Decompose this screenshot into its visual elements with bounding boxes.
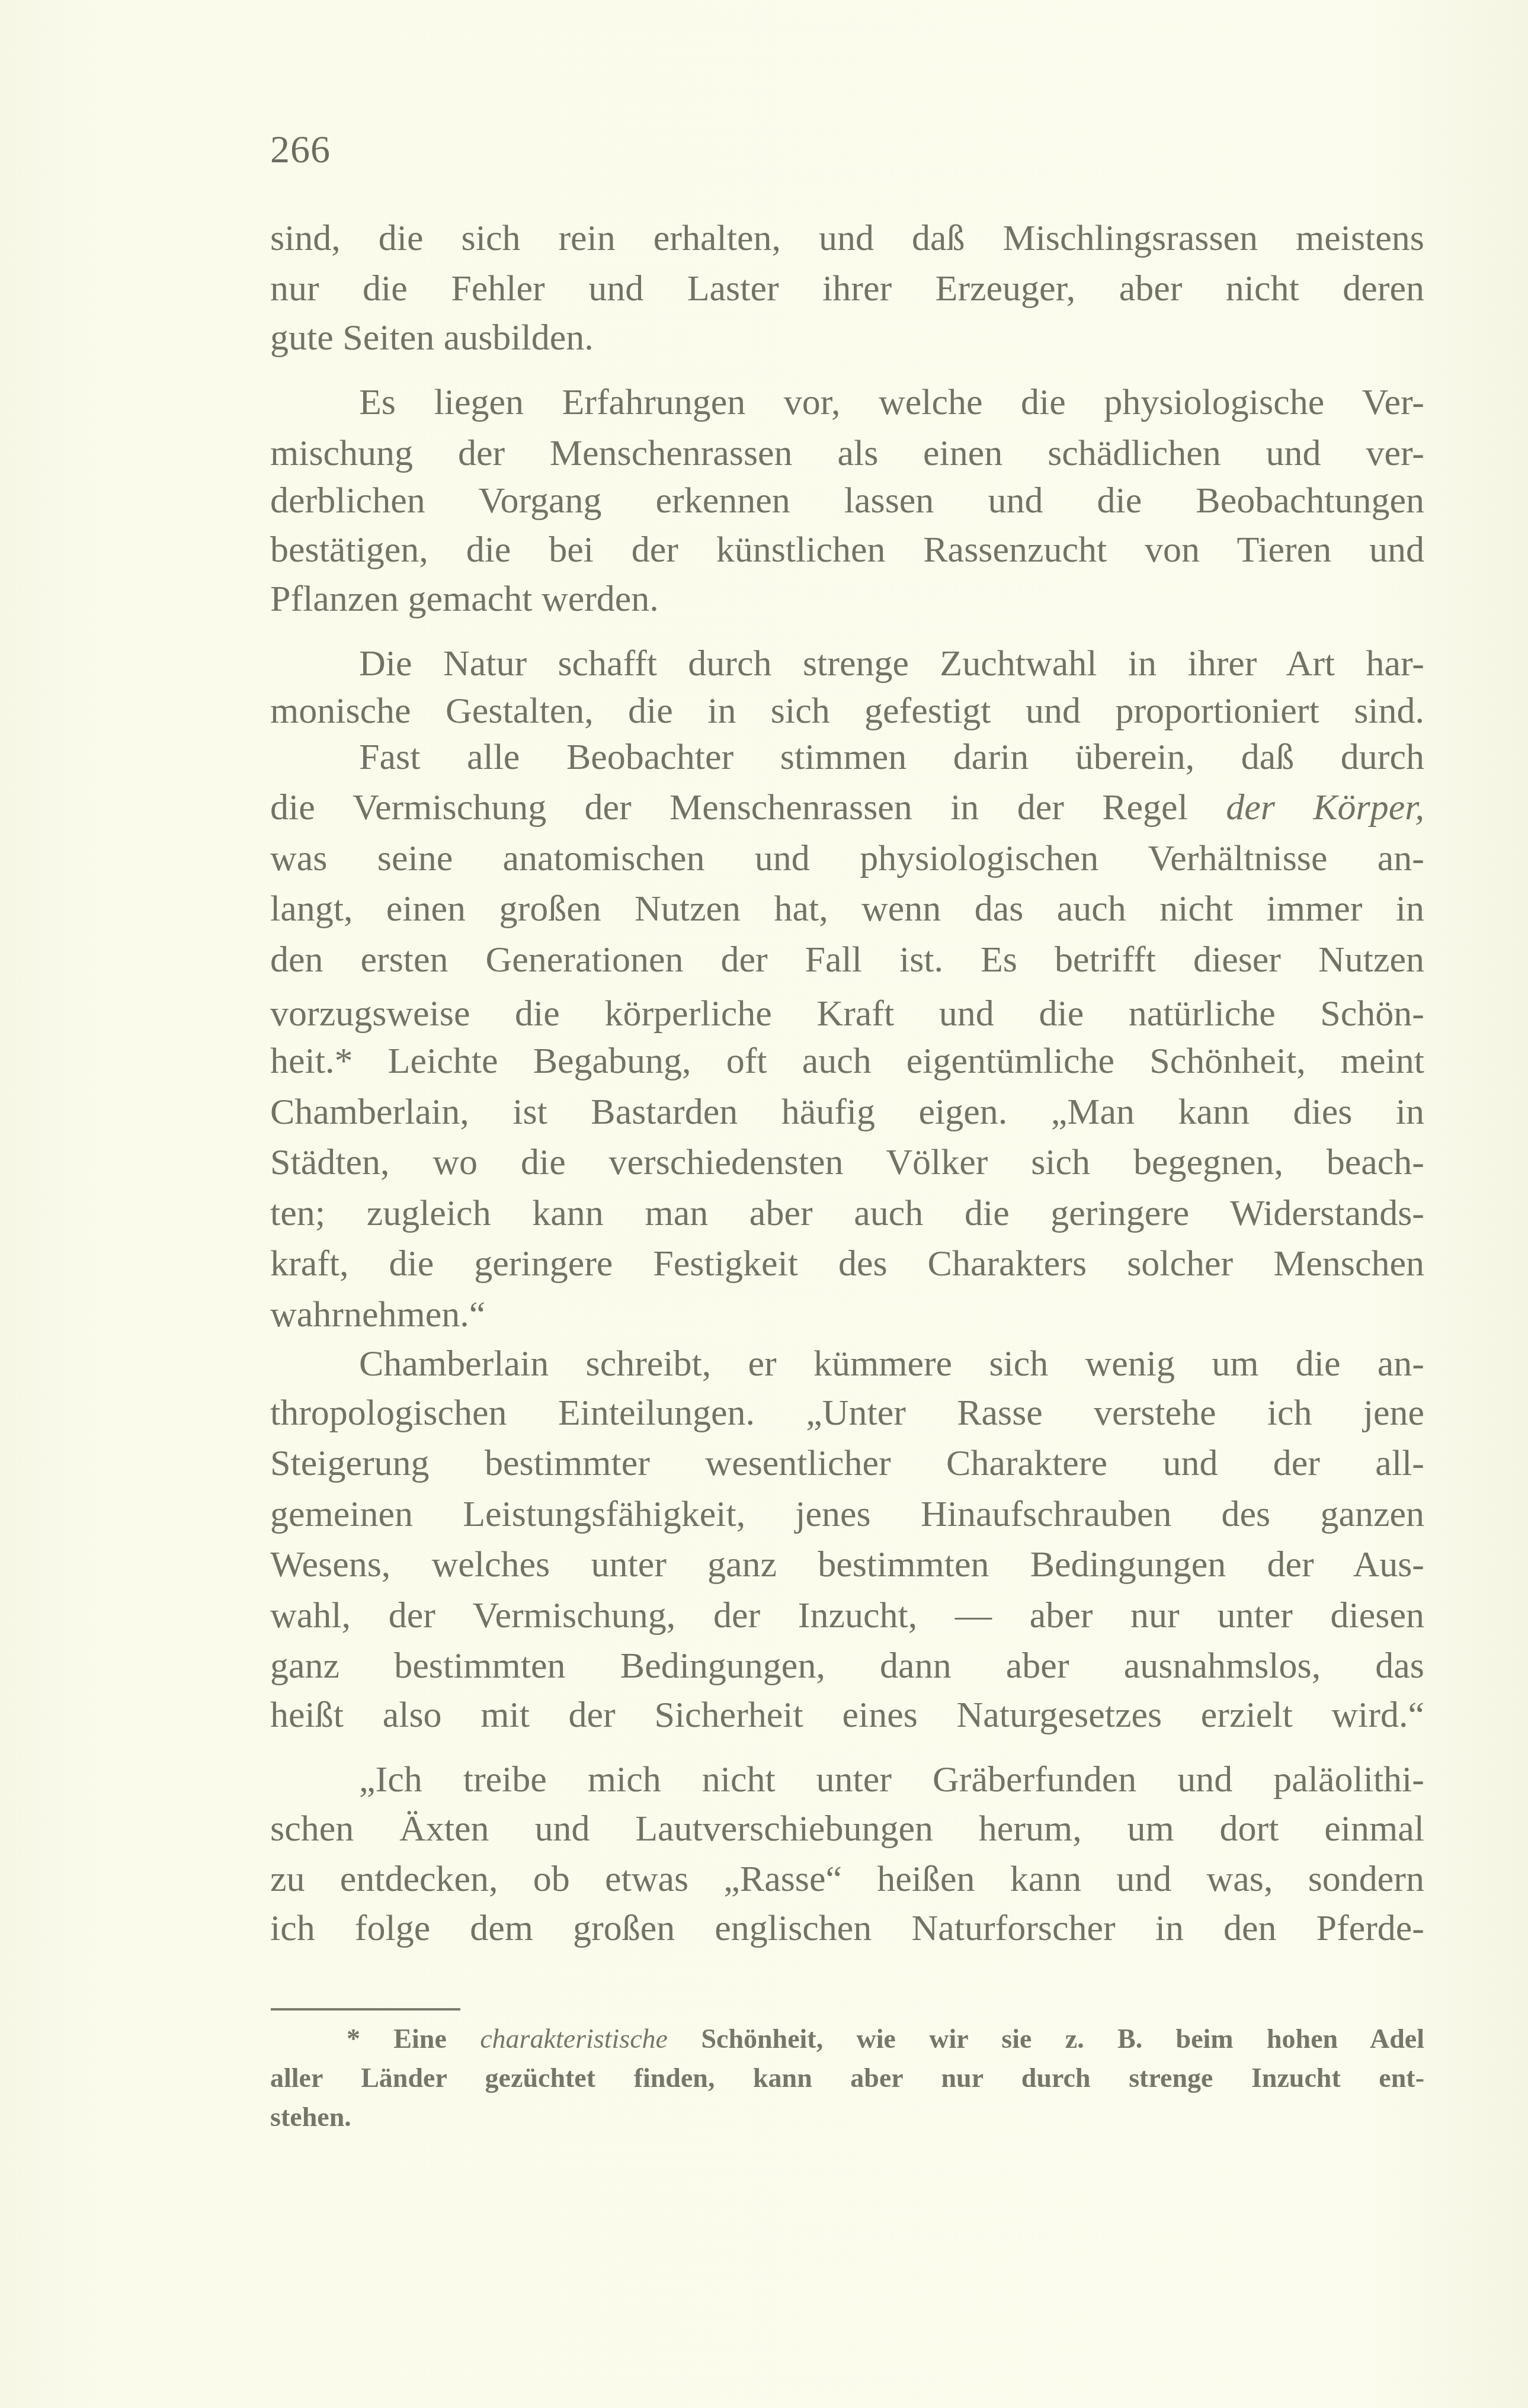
footnote-line: aller Länder gezüchtet finden, kann aber… (270, 2060, 1424, 2096)
text-line: vorzugsweise die körperliche Kraft und d… (270, 990, 1424, 1037)
text-line: Steigerung bestimmter wesentlicher Chara… (270, 1439, 1424, 1487)
text-line: heit.* Leichte Begabung, oft auch eigent… (270, 1037, 1424, 1085)
text-line: mischung der Menschenrassen als einen sc… (270, 429, 1424, 477)
text-line: was seine anatomischen und physiologisch… (270, 835, 1424, 882)
text-line: Wesens, welches unter ganz bestimmten Be… (270, 1541, 1424, 1588)
text-line: nur die Fehler und Laster ihrer Erzeuger… (270, 265, 1424, 312)
text-line: Pflanzen gemacht werden. (270, 575, 1424, 623)
text-line: Fast alle Beobachter stimmen darin übere… (359, 733, 1424, 781)
text-line: thropologischen Einteilungen. „Unter Ras… (270, 1389, 1424, 1437)
footnote-line: * Eine charakteristische Schönheit, wie … (347, 2021, 1424, 2057)
text-line: Die Natur schafft durch strenge Zuchtwah… (359, 640, 1424, 687)
text-line: Chamberlain schreibt, er kümmere sich we… (359, 1340, 1424, 1387)
text-line: bestätigen, die bei der künstlichen Rass… (270, 526, 1424, 573)
text-line: den ersten Generationen der Fall ist. Es… (270, 936, 1424, 983)
footnote-separator-rule (271, 2008, 460, 2011)
text-line: heißt also mit der Sicherheit eines Natu… (270, 1691, 1424, 1739)
text-line: gute Seiten ausbilden. (270, 314, 1424, 361)
text-line: ten; zugleich kann man aber auch die ger… (270, 1189, 1424, 1237)
text-line: langt, einen großen Nutzen hat, wenn das… (270, 885, 1424, 932)
text-line: wahrnehmen.“ (270, 1291, 1424, 1338)
text-line: Städten, wo die verschiedensten Völker s… (270, 1139, 1424, 1186)
footnote-text: Schönheit, wie wir sie z. B. beim hohen … (701, 2024, 1424, 2054)
text-line-with-italic: die Vermischung der Menschenrassen in de… (270, 784, 1424, 831)
text-line: schen Äxten und Lautverschiebungen herum… (270, 1805, 1424, 1852)
text-line: Chamberlain, ist Bastarden häufig eigen.… (270, 1088, 1424, 1136)
text-line: monische Gestalten, die in sich gefestig… (270, 687, 1424, 735)
text-line: gemeinen Leistungsfähigkeit, jenes Hinau… (270, 1490, 1424, 1538)
footnote-text: * Eine (347, 2024, 447, 2054)
text-line: derblichen Vorgang erkennen lassen und d… (270, 477, 1424, 524)
text-line: wahl, der Vermischung, der Inzucht, — ab… (270, 1592, 1424, 1639)
text-line: ganz bestimmten Bedingungen, dann aber a… (270, 1642, 1424, 1689)
text-line: zu entdecken, ob etwas „Rasse“ heißen ka… (270, 1855, 1424, 1903)
page-number: 266 (270, 129, 331, 171)
italic-emphasis: der Körper, (1226, 787, 1424, 828)
italic-emphasis: charakteristische (480, 2024, 668, 2054)
text-line: kraft, die geringere Festigkeit des Char… (270, 1240, 1424, 1287)
text-line: Es liegen Erfahrungen vor, welche die ph… (359, 379, 1424, 426)
book-page: 266 sind, die sich rein erhalten, und da… (0, 0, 1528, 2408)
footnote-line: stehen. (270, 2099, 1424, 2135)
text-line: sind, die sich rein erhalten, und daß Mi… (270, 214, 1424, 262)
text-line: ich folge dem großen englischen Naturfor… (270, 1904, 1424, 1952)
text-line: „Ich treibe mich nicht unter Gräberfunde… (359, 1756, 1424, 1803)
text-span: die Vermischung der Menschenrassen in de… (270, 787, 1188, 828)
